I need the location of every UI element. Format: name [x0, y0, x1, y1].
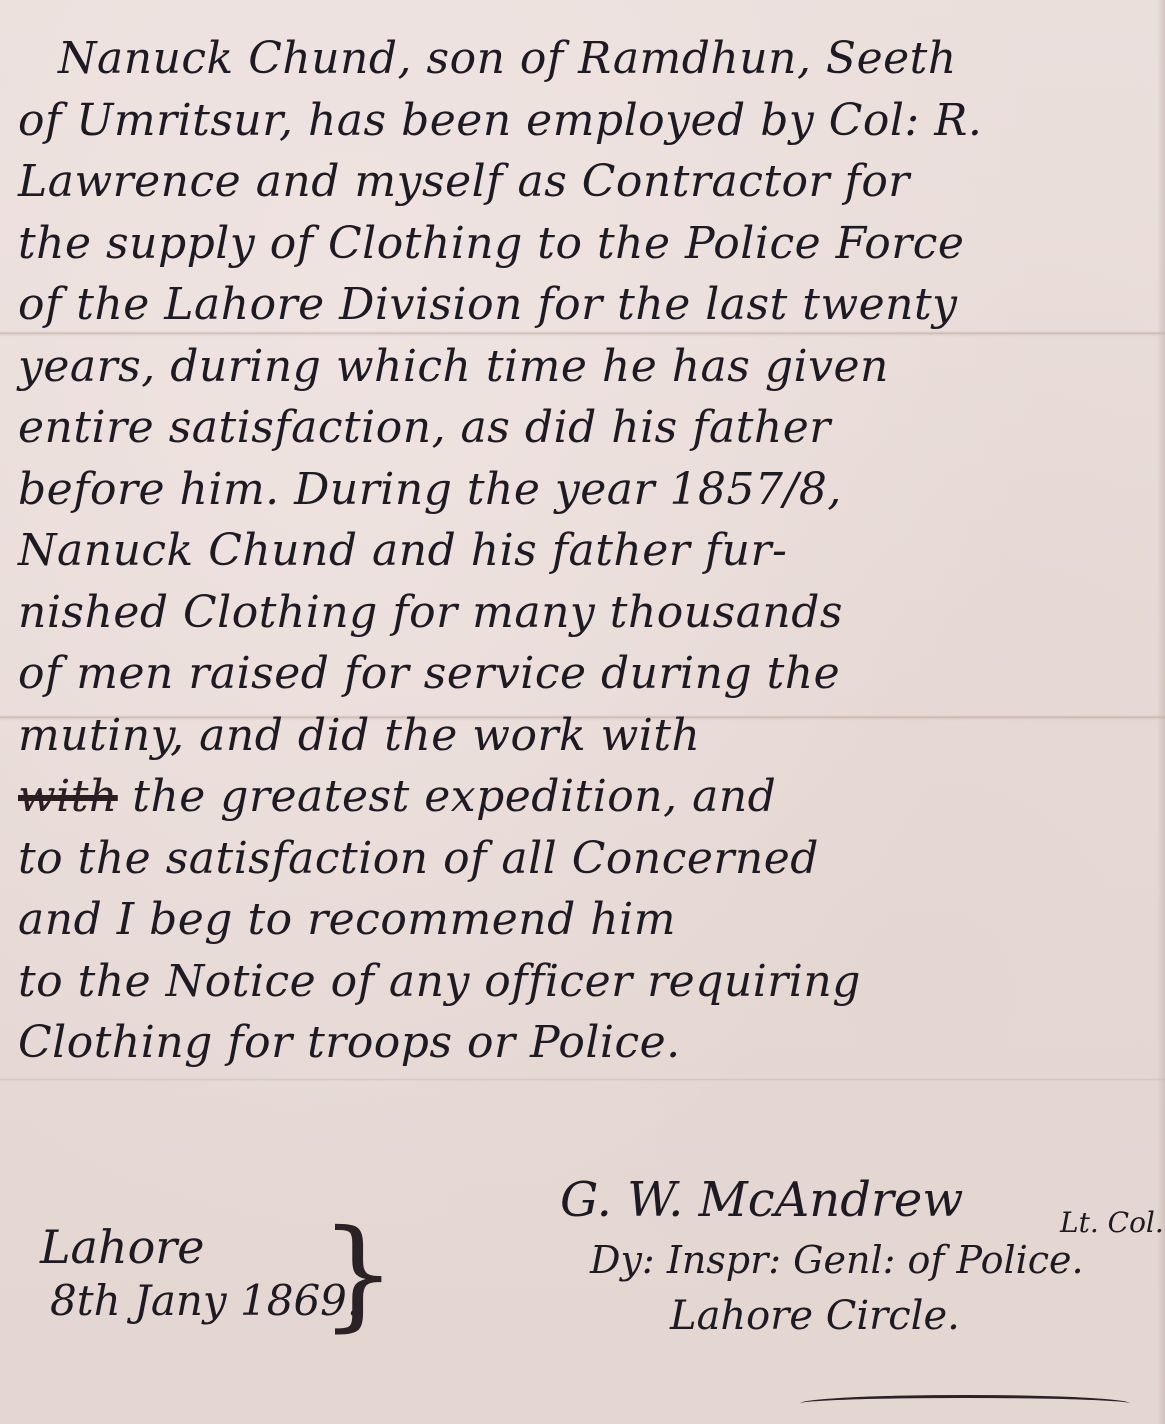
struck-word: with	[18, 771, 118, 822]
letter-page: Nanuck Chund, son of Ramdhun, Seeth of U…	[0, 0, 1165, 1424]
signatory-name: G. W. McAndrew	[540, 1168, 1084, 1232]
body-line: of the Lahore Division for the last twen…	[18, 274, 1158, 336]
place-date-block: Lahore 8th Jany 1869.	[40, 1220, 360, 1328]
signatory-circle: Lahore Circle.	[540, 1288, 1084, 1344]
body-line: Clothing for troops or Police.	[18, 1012, 1158, 1074]
letter-body: Nanuck Chund, son of Ramdhun, Seeth of U…	[18, 28, 1158, 1074]
fold-crease	[0, 1078, 1165, 1082]
body-line: Nanuck Chund and his father fur-	[18, 520, 1158, 582]
body-line-text: the greatest expedition, and	[132, 771, 776, 822]
signatory-title: Dy: Inspr: Genl: of Police.	[540, 1232, 1084, 1288]
body-line-with-strike: with the greatest expedition, and	[18, 766, 1158, 828]
body-line: mutiny, and did the work with	[18, 705, 1158, 767]
signatory-rank: Lt. Col.	[1060, 1206, 1164, 1239]
body-line: to the Notice of any officer requiring	[18, 951, 1158, 1013]
body-line: to the satisfaction of all Concerned	[18, 828, 1158, 890]
brace-flourish-icon: }	[320, 1215, 396, 1335]
body-line: the supply of Clothing to the Police For…	[18, 213, 1158, 275]
signature-block: G. W. McAndrew Lt. Col. Dy: Inspr: Genl:…	[540, 1168, 1084, 1344]
letter-date: 8th Jany 1869.	[40, 1274, 360, 1328]
body-line: of Umritsur, has been employed by Col: R…	[18, 90, 1158, 152]
body-line: and I beg to recommend him	[18, 889, 1158, 951]
body-line: years, during which time he has given	[18, 336, 1158, 398]
body-line: before him. During the year 1857/8,	[18, 459, 1158, 521]
signature-flourish-icon	[800, 1395, 1130, 1412]
body-line: Nanuck Chund, son of Ramdhun, Seeth	[18, 28, 1158, 90]
place-name: Lahore	[40, 1220, 360, 1274]
body-line: entire satisfaction, as did his father	[18, 397, 1158, 459]
body-line: of men raised for service during the	[18, 643, 1158, 705]
body-line: nished Clothing for many thousands	[18, 582, 1158, 644]
body-line: Lawrence and myself as Contractor for	[18, 151, 1158, 213]
